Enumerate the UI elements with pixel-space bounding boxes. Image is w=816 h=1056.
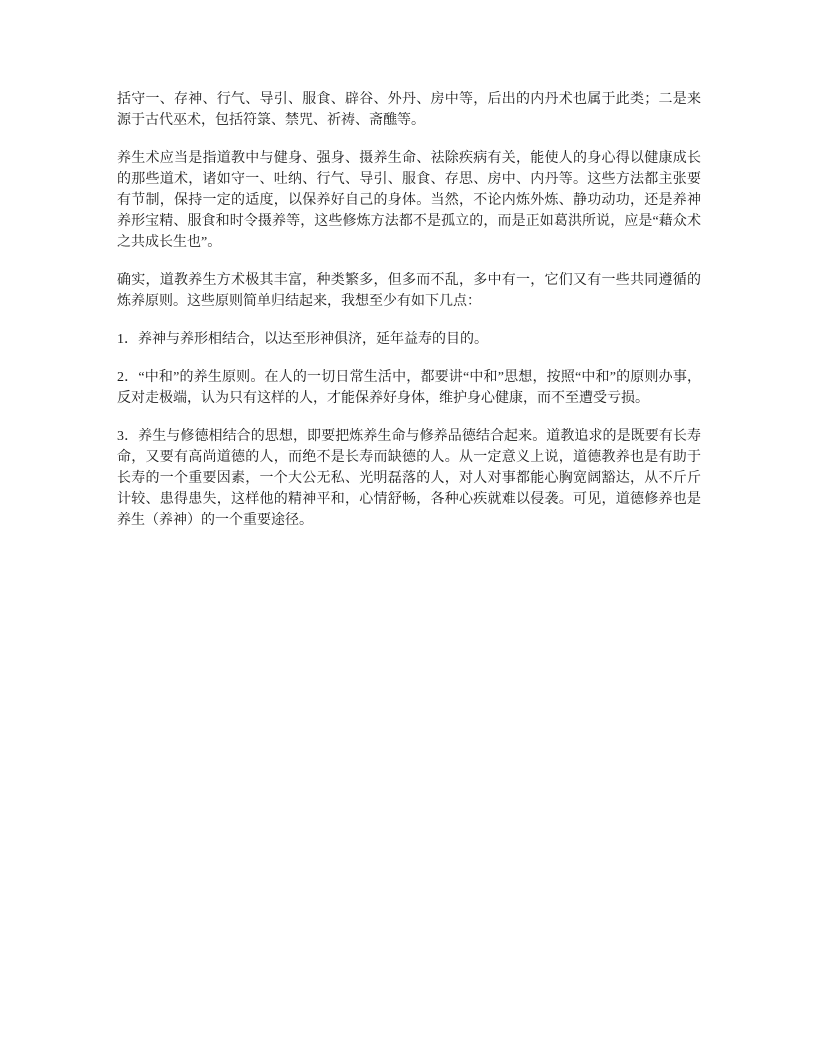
document-text-block: 括守一、存神、行气、导引、服食、辟谷、外丹、房中等，后出的内丹术也属于此类；二是… [117, 89, 701, 531]
paragraph-principles-intro: 确实，道教养生方术极其丰富，种类繁多，但多而不乱，多中有一，它们又有一些共同遵循… [117, 270, 701, 312]
list-item-1-spirit-body: 1．养神与养形相结合，以达至形神俱济，延年益寿的目的。 [117, 329, 701, 350]
paragraph-health-arts-definition: 养生术应当是指道教中与健身、强身、摄养生命、祛除疾病有关，能使人的身心得以健康成… [117, 148, 701, 253]
document-page: 括守一、存神、行气、导引、服食、辟谷、外丹、房中等，后出的内丹术也属于此类；二是… [0, 0, 816, 1056]
list-item-3-virtue-cultivation: 3．养生与修德相结合的思想，即要把炼养生命与修养品德结合起来。道教追求的是既要有… [117, 426, 701, 531]
list-item-2-zhonghe-principle: 2．“中和”的养生原则。在人的一切日常生活中，都要讲“中和”思想，按照“中和”的… [117, 367, 701, 409]
paragraph-continuation: 括守一、存神、行气、导引、服食、辟谷、外丹、房中等，后出的内丹术也属于此类；二是… [117, 89, 701, 131]
